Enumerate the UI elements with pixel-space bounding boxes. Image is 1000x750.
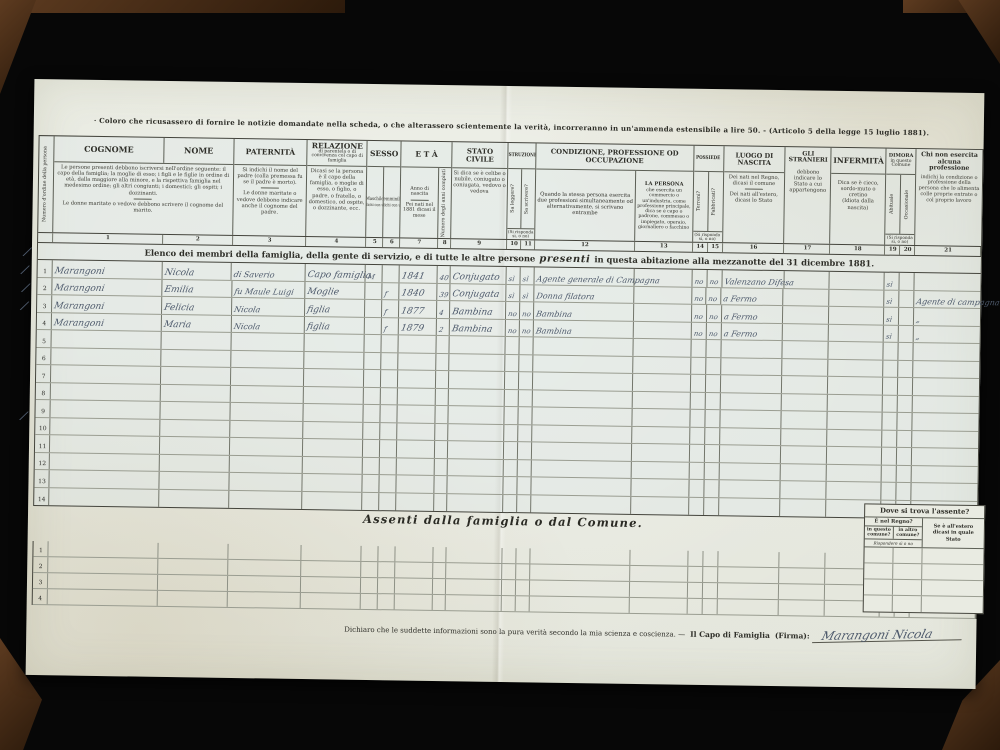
- cell-infermita: [829, 325, 884, 342]
- cell-fabbricati: [704, 498, 719, 516]
- cell-infermita: [827, 465, 882, 482]
- handwritten-entry: di Saverio: [233, 271, 275, 280]
- cell-infermita: [827, 430, 882, 447]
- cell-cognome: [48, 541, 158, 558]
- row-number: 8: [41, 390, 45, 397]
- cell-fabbricati: [705, 375, 720, 392]
- handwritten-entry: Emilia: [163, 286, 194, 295]
- cell-anni: [436, 389, 449, 406]
- cell-nome: [161, 332, 231, 350]
- cell-stato: [448, 477, 504, 494]
- cell-fabbricati: [702, 583, 717, 598]
- cell-anno: [399, 336, 437, 353]
- cell-fabbricati: no: [707, 305, 722, 322]
- cell-scrive: no: [520, 303, 534, 320]
- col-number: 2: [163, 235, 233, 245]
- cell-scrive: [518, 408, 532, 425]
- cell-terreni: [690, 393, 705, 410]
- col-number: 16: [723, 244, 785, 254]
- cell-fabbricati: [703, 551, 718, 566]
- cell-cond: [531, 495, 631, 514]
- cell-cognome: Marangoni: [52, 296, 162, 314]
- handwritten-entry: Nicola: [233, 323, 261, 331]
- cell-anno: [398, 353, 436, 370]
- cell-n: 14: [34, 488, 49, 506]
- handwritten-entry: Felicia: [163, 304, 195, 313]
- cell-n: 3: [33, 573, 48, 588]
- handwritten-entry: Marangoni: [53, 285, 105, 295]
- cell-luogo: [721, 358, 783, 375]
- cell-cond: [533, 355, 633, 373]
- cell-infermita: [828, 412, 883, 429]
- cell-relazione: [301, 577, 361, 593]
- cell-anni: [437, 336, 450, 353]
- cell-n: 4: [37, 313, 52, 330]
- cell-stato: [449, 389, 505, 406]
- cell-fabbricati: [705, 393, 720, 410]
- cell-nome: Nicola: [162, 262, 232, 280]
- cell-terreni: [688, 551, 703, 566]
- row-number: 1: [43, 268, 47, 275]
- cell-legge: [504, 442, 518, 459]
- cell-stranieri: [781, 446, 827, 463]
- dove-questo-comune: in questo comune?: [865, 526, 894, 539]
- cell-relazione: figlia: [305, 299, 365, 316]
- cell-terreni: [689, 498, 704, 516]
- cell-nome: [160, 385, 230, 403]
- handwritten-entry: fu Maule Luigi: [233, 288, 294, 297]
- cell-anno: 1840: [399, 283, 437, 300]
- cell-paternita: [228, 560, 302, 576]
- cell-paternita: [231, 333, 305, 351]
- cell-infermita: [827, 447, 882, 464]
- col-number: 6: [383, 239, 400, 248]
- elenco-highlight: presenti: [539, 253, 590, 265]
- row-number: 6: [42, 355, 46, 362]
- cell-terreni: [687, 599, 702, 614]
- cell-abituale: [882, 430, 897, 447]
- cognome-nome-instructions: Le persone presenti debbono iscriversi n…: [53, 162, 233, 235]
- cell-fabbricati: [703, 567, 718, 582]
- cell-anno: [397, 441, 435, 458]
- cell-cognome: Marangoni: [53, 261, 163, 279]
- col-group-eta: E T À Anno di nascitaPei nati nel 1881 d…: [400, 141, 452, 238]
- cell-legge: [502, 596, 516, 611]
- cell-sf: [381, 353, 398, 370]
- cell-relazione: figlia: [305, 317, 365, 334]
- cell-n: 4: [33, 589, 48, 604]
- row-number: 14: [38, 496, 46, 503]
- cell-paternita: [229, 456, 303, 474]
- dove-assente-box: Dove si trova l'assente? È nel Regno? in…: [863, 503, 986, 614]
- col-header-cognome: COGNOME: [54, 136, 164, 163]
- declaration-firma-paren: (Firma):: [775, 631, 810, 641]
- cell-chinon: [913, 413, 979, 430]
- handwritten-entry: Bambina: [451, 326, 493, 336]
- cell-fabbricati: [706, 340, 721, 357]
- cell-cognome: [50, 453, 160, 471]
- cell-cond: [530, 548, 630, 564]
- cell-chinon: „: [914, 308, 980, 325]
- cell-paternita: di Saverio: [232, 263, 306, 281]
- handwritten-entry: Marangoni: [53, 302, 105, 312]
- cell-fabbricati: [705, 428, 720, 445]
- handwritten-entry: „: [915, 316, 921, 324]
- cell-stato: Bambina: [450, 302, 506, 319]
- cell-relazione: [304, 387, 364, 404]
- cell-scrive: [517, 495, 531, 513]
- cell-anni: [436, 406, 449, 423]
- handwritten-entry: Bambina: [451, 308, 493, 318]
- col-header-stranieri: GLI STRANIERI debbono indicare lo Stato …: [785, 147, 832, 244]
- cell-n: 10: [35, 418, 50, 435]
- cell-cond: Agente generale di Campagna: [534, 268, 634, 286]
- cell-terreni: no: [692, 288, 707, 305]
- cell-terreni: [689, 463, 704, 480]
- handwritten-entry: no: [521, 329, 531, 336]
- col-header-chi-non-esercita: Chi non esercita alcuna professione indi…: [915, 149, 982, 246]
- cell-paternita: [229, 473, 303, 491]
- cell-paternita: [229, 438, 303, 456]
- cell-luogo: [719, 446, 781, 463]
- cell-abituale: [883, 378, 898, 395]
- handwritten-entry: no: [693, 279, 703, 286]
- cell-sm: [365, 300, 382, 317]
- handwritten-entry: sì: [886, 317, 893, 324]
- table-wood-corner: [0, 0, 36, 94]
- col-header-infermita: INFERMITÀ Dica se è cieco, sordo-muto o …: [830, 148, 886, 245]
- cell-stato: Conjugata: [450, 284, 506, 301]
- col-group-cognome-nome: COGNOME NOME Le persone presenti debbono…: [53, 136, 234, 235]
- possiede-note: (Si risponda sì, o no): [693, 231, 722, 243]
- cell-stato: [448, 459, 504, 476]
- cell-sf: [382, 336, 399, 353]
- cell-persona: [632, 409, 690, 426]
- margin-tick: /: [20, 263, 29, 279]
- cell-anno: [396, 493, 434, 511]
- cell-cond: Donna filatora: [534, 285, 634, 303]
- dimora-note: (Si risponda sì, o no): [885, 234, 914, 246]
- cell-legge: [503, 477, 517, 494]
- col-number: 4: [306, 237, 366, 247]
- cell-sm: [363, 475, 380, 492]
- cell-stato: [449, 407, 505, 424]
- cell-luogo: [719, 498, 781, 516]
- cell-occasionale: [900, 273, 915, 290]
- handwritten-entry: no: [521, 311, 531, 318]
- handwritten-entry: no: [708, 279, 718, 286]
- cell-terreni: [690, 410, 705, 427]
- cell-stato: [450, 337, 506, 354]
- cell-terreni: no: [692, 270, 707, 287]
- cell-luogo: [721, 341, 783, 358]
- cell-stranieri: [783, 324, 829, 341]
- col-header-sesso-f: Femminile(Si indichi con una F.): [383, 167, 400, 238]
- col-number: 18: [830, 245, 885, 255]
- cell-chinon: [912, 448, 978, 465]
- cell-stranieri: [779, 568, 825, 584]
- cell-sf: [378, 594, 395, 609]
- cell-anni: [436, 354, 449, 371]
- cell-cond: [533, 390, 633, 408]
- cell-stranieri: [780, 499, 826, 517]
- table-header: Numero d'ordine della persona COGNOME NO…: [38, 136, 982, 247]
- assenti-table: 1234: [32, 541, 978, 619]
- cell-luogo: a Fermo: [722, 288, 784, 305]
- cell-cognome: [50, 401, 160, 419]
- cell-cognome: [51, 366, 161, 384]
- handwritten-entry: Nicola: [163, 269, 194, 278]
- cell-cognome: [49, 488, 159, 507]
- cell-luogo: [719, 463, 781, 480]
- cell-sf: [378, 578, 395, 593]
- cell-nome: [159, 490, 229, 509]
- cell-occasionale: [898, 378, 913, 395]
- cell-terreni: [690, 428, 705, 445]
- cell-paternita: Nicola: [231, 316, 305, 334]
- cell-paternita: [227, 576, 301, 592]
- cell-cond: [533, 373, 633, 391]
- cell-paternita: [230, 386, 304, 404]
- cell-scrive: [518, 460, 532, 477]
- cell-legge: [504, 407, 518, 424]
- handwritten-entry: no: [693, 296, 703, 303]
- cell-n: 2: [37, 278, 52, 295]
- cell-sf: f: [382, 283, 399, 300]
- handwritten-entry: f: [383, 327, 387, 334]
- cell-occasionale: [898, 413, 913, 430]
- cell-anni: 2: [437, 319, 450, 336]
- cell-nome: [159, 455, 229, 473]
- cell-n: 8: [36, 383, 51, 400]
- handwritten-entry: Moglie: [307, 288, 340, 297]
- cell-chinon: [913, 378, 979, 395]
- cell-anno: [397, 458, 435, 475]
- cell-relazione: [305, 352, 365, 369]
- cell-legge: [505, 390, 519, 407]
- cell-persona: [633, 357, 691, 374]
- handwritten-entry: 1841: [401, 272, 426, 281]
- cell-anni: [433, 595, 446, 610]
- cell-sf: [379, 493, 396, 511]
- cell-sf: [379, 546, 396, 561]
- col-number: 17: [784, 244, 830, 254]
- signature: Marangoni Nicola: [812, 628, 964, 643]
- col-header-abituale: Abituale: [885, 175, 901, 234]
- cell-anni: 40: [438, 266, 451, 283]
- cell-anno: [397, 476, 435, 493]
- cell-abituale: sì: [885, 273, 900, 290]
- cell-legge: [505, 355, 519, 372]
- cell-stranieri: [782, 429, 828, 446]
- cell-occasionale: [898, 361, 913, 378]
- cell-fabbricati: [704, 463, 719, 480]
- cell-n: 3: [37, 295, 52, 312]
- handwritten-entry: Marangoni: [54, 267, 106, 277]
- col-header-sa-scrivere: Sa scrivere?: [521, 169, 535, 228]
- cell-persona: [633, 322, 691, 339]
- cell-scrive: [516, 580, 530, 595]
- cell-n: 9: [35, 400, 50, 417]
- cell-sm: [364, 370, 381, 387]
- handwritten-entry: Conjugata: [452, 291, 501, 301]
- cell-sm: [362, 546, 379, 561]
- handwritten-entry: 2: [438, 327, 444, 334]
- cell-stranieri: [783, 306, 829, 323]
- cell-fabbricati: [704, 480, 719, 497]
- handwritten-entry: no: [708, 314, 718, 321]
- cell-paternita: fu Maule Luigi: [232, 281, 306, 299]
- cell-terreni: no: [692, 305, 707, 322]
- cell-stato: [448, 424, 504, 441]
- cell-luogo: [720, 428, 782, 445]
- margin-tick: /: [20, 299, 29, 315]
- cell-cognome: [50, 436, 160, 454]
- cell-chinon: [912, 431, 978, 448]
- cell-sf: [378, 562, 395, 577]
- cell-scrive: [519, 338, 533, 355]
- cell-luogo: [717, 599, 779, 615]
- cell-abituale: [883, 395, 898, 412]
- cell-cond: [531, 478, 631, 496]
- cell-sm: [364, 353, 381, 370]
- cell-abituale: [884, 343, 899, 360]
- cell-luogo: a Fermo: [721, 323, 783, 340]
- cell-stato: [446, 563, 502, 579]
- col-number: 9: [451, 240, 507, 250]
- col-group-possiede: POSSIEDE Terreni? Fabbricati? (Si rispon…: [693, 146, 724, 243]
- cell-cognome: Marangoni: [52, 313, 162, 331]
- dove-nota: Rispondere sì o no: [865, 538, 922, 547]
- cell-stranieri: [782, 411, 828, 428]
- cell-stato: [449, 354, 505, 371]
- cell-cond: [530, 564, 630, 580]
- col-header-anno-nascita: Anno di nascitaPei nati nel 1881 dicasi …: [400, 167, 439, 238]
- cell-n: 1: [33, 541, 48, 556]
- cell-chinon: Agente di campagna: [914, 291, 980, 308]
- cell-anno: [395, 578, 433, 594]
- handwritten-entry: sì: [508, 293, 515, 300]
- cell-persona: [632, 427, 690, 444]
- col-group-istruzione: ISTRUZIONE Sa leggere? Sa scrivere? (Si …: [507, 143, 536, 240]
- handwritten-entry: 1877: [400, 307, 425, 316]
- declaration: Dichiaro che le suddette informazioni so…: [344, 622, 968, 643]
- cell-anno: [395, 562, 433, 578]
- margin-tick: /: [19, 409, 28, 425]
- cell-legge: [503, 495, 517, 513]
- cell-sf: [381, 406, 398, 423]
- col-number: 20: [900, 246, 915, 255]
- col-header-stato-civile: STATO CIVILE Si dica se è celibe o nubil…: [451, 142, 508, 239]
- handwritten-entry: figlia: [307, 306, 332, 315]
- cell-legge: [504, 425, 518, 442]
- cell-relazione: [302, 561, 362, 577]
- cell-anno: 1841: [400, 266, 438, 283]
- cell-legge: sì: [506, 285, 520, 302]
- cell-anni: [435, 441, 448, 458]
- cell-scrive: [516, 564, 530, 579]
- declaration-text: Dichiaro che le suddette informazioni so…: [344, 625, 685, 638]
- cell-sm: [365, 335, 382, 352]
- col-header-relazione: RELAZIONEdi parentela o di convivenza co…: [307, 140, 368, 237]
- cell-stato: [448, 442, 504, 459]
- cell-cognome: [51, 383, 161, 401]
- row-number: 13: [38, 478, 46, 485]
- cell-sm: [364, 405, 381, 422]
- cell-luogo: [717, 583, 779, 599]
- col-header-sesso-m: Maschile(Si indichi con un M.): [366, 167, 384, 238]
- cell-luogo: [720, 376, 782, 393]
- col-number: 10: [507, 240, 521, 249]
- row-number: 1: [39, 547, 43, 554]
- cell-persona: [629, 598, 687, 614]
- cell-persona: [633, 374, 691, 391]
- cell-persona: [634, 304, 692, 321]
- cell-nome: [160, 420, 230, 438]
- cell-persona: [630, 550, 688, 566]
- handwritten-entry: Bambina: [535, 328, 572, 337]
- handwritten-entry: no: [708, 296, 718, 303]
- col-header-anni-compiuti: Numero degli anni compiuti: [438, 168, 451, 239]
- cell-occasionale: [897, 466, 912, 483]
- handwritten-entry: Valenzano Difesa: [723, 278, 794, 287]
- cell-anni: [433, 563, 446, 578]
- handwritten-entry: sì: [886, 299, 893, 306]
- cell-anno: [396, 546, 434, 562]
- cell-persona: [630, 566, 688, 582]
- cell-nome: [160, 437, 230, 455]
- handwritten-entry: 40: [439, 275, 449, 282]
- handwritten-entry: Donna filatora: [535, 293, 595, 302]
- cell-abituale: [883, 360, 898, 377]
- cell-stranieri: [782, 394, 828, 411]
- cell-nome: [159, 472, 229, 490]
- cell-persona: [632, 392, 690, 409]
- handwritten-entry: a Fermo: [723, 313, 758, 321]
- cell-cognome: [48, 557, 158, 574]
- cell-infermita: [829, 307, 884, 324]
- cell-stranieri: [779, 584, 825, 600]
- cell-sm: [363, 440, 380, 457]
- cell-n: 5: [36, 330, 51, 347]
- cell-stranieri: [783, 341, 829, 358]
- cell-infermita: [828, 395, 883, 412]
- cell-cognome: [48, 573, 158, 590]
- handwritten-entry: no: [507, 311, 517, 318]
- cell-sm: [364, 388, 381, 405]
- cell-relazione: [305, 334, 365, 351]
- cell-scrive: sì: [520, 268, 534, 285]
- cell-anno: 1877: [399, 301, 437, 318]
- cell-relazione: [302, 545, 362, 561]
- cell-nome: [158, 575, 228, 591]
- cell-anni: [435, 424, 448, 441]
- handwritten-entry: sì: [522, 276, 529, 283]
- cell-paternita: [231, 351, 305, 369]
- cell-stranieri: [783, 289, 829, 306]
- cell-fabbricati: no: [706, 323, 721, 340]
- cell-nome: [161, 350, 231, 368]
- cell-stranieri: [781, 464, 827, 481]
- cell-terreni: no: [691, 323, 706, 340]
- handwritten-entry: M: [367, 274, 376, 281]
- col-group-condizione: CONDIZIONE, PROFESSIONE OD OCCUPAZIONE Q…: [535, 143, 694, 242]
- cell-cognome: [48, 589, 158, 606]
- cell-cond: [530, 596, 630, 612]
- row-number: 2: [43, 285, 47, 292]
- cell-scrive: [519, 373, 533, 390]
- row-number: 3: [39, 579, 43, 586]
